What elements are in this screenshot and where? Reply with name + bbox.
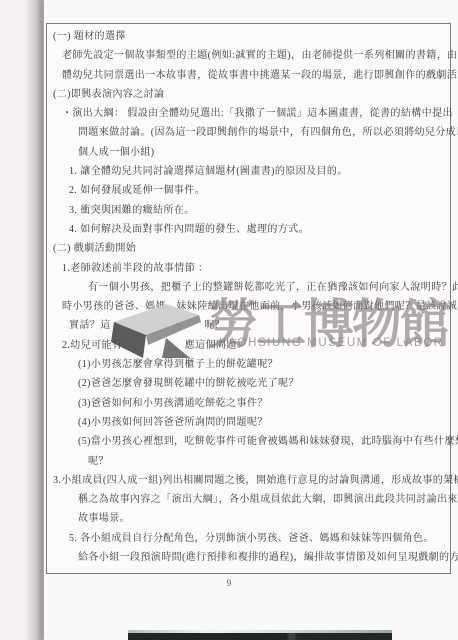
- page-number: 9: [0, 578, 458, 588]
- text-line: (1)小男孩怎麼會拿得到櫃子上的餅乾罐呢？: [78, 355, 445, 374]
- text-line: 1.老師敘述前半段的故事情節 ：: [62, 259, 445, 278]
- text-line: (3)爸爸如何和小男孩溝通吃餅乾之事件？: [78, 394, 445, 413]
- text-line: 有一個小男孩，把櫃子上的整罐餅乾都吃光了，正在猶豫該如何向家人說明時？此: [88, 278, 445, 297]
- text-line: 2. 如何發展或延伸一個事件。: [69, 181, 445, 200]
- text-line: 個人成一個小組): [78, 143, 445, 162]
- text-line: 問題來做討論。(因為這一段即興創作的場景中，有四個角色，所以必須將幼兒分成以四: [78, 123, 445, 142]
- text-line: 2.幼兒可能有 應這個問題：: [62, 336, 445, 355]
- text-line: 體幼兒共同票選出一本故事書，從故事書中挑選某一段的場景，進行即興創作的戲劇活動。: [62, 66, 445, 85]
- text-line: 稱之為故事內容之「演出大綱」，各小組成員依此大綱，即興演出此段共同討論出來的: [78, 490, 445, 509]
- text-line: 呢？: [88, 452, 445, 471]
- text-line: (二) 戲劇活動開始: [53, 239, 445, 258]
- next-page-scan-edge: [128, 630, 392, 640]
- text-line: 故事場景。: [78, 509, 445, 528]
- text-line: (2)爸爸怎麼會發現餅乾罐中的餅乾被吃光了呢？: [78, 374, 445, 393]
- text-line: ・演出大綱： 假設由全體幼兒選出:「我撒了一個謊」這本圖畫書，從書的結構中提出: [62, 104, 445, 123]
- text-line: 5. 各小組成員自行分配角色，分別飾演小男孩、爸爸、媽媽和妹妹等四個角色。: [69, 529, 445, 548]
- scan-edge-dark-strip: [128, 633, 392, 640]
- text-line: 實話？這 方 呢？: [69, 316, 445, 335]
- content-frame-border: (一) 題材的選擇老師先設定一個故事類型的主題(例如:誠實的主題)，由老師提供一…: [46, 23, 451, 574]
- text-line: 3.小組成員(四人成一組)列出相關問題之後，開始進行意見的討論與溝通，形成故事的…: [53, 471, 445, 490]
- text-line: (二)即興表演內容之討論: [53, 85, 445, 104]
- text-line: 給各小組一段預演時間(進行預排和複排的過程)，編排故事情節及如何呈現戲劇的方式。: [78, 548, 445, 567]
- text-line: 3. 衝突與困難的癥結所在。: [69, 201, 445, 220]
- text-line: (4)小男孩如何回答爸爸所詢問的問題呢？: [78, 413, 445, 432]
- text-line: 4. 如何解決及面對事件內問題的發生、處理的方式。: [69, 220, 445, 239]
- document-lines: (一) 題材的選擇老師先設定一個故事類型的主題(例如:誠實的主題)，由老師提供一…: [51, 27, 445, 567]
- text-line: 1. 讓全體幼兒共同討論選擇這個題材(圖畫書)的原因及目的。: [69, 162, 445, 181]
- text-line: 老師先設定一個故事類型的主題(例如:誠實的主題)，由老師提供一系列相關的書籍，由…: [62, 46, 445, 65]
- text-line: 時小男孩的爸爸、媽媽、妹妹陸續出現在他面前，小男孩該如何面對他們呢？是該說誠: [62, 297, 445, 316]
- text-line: (一) 題材的選擇: [53, 27, 445, 46]
- text-line: (5)當小男孩心裡想到，吃餅乾事件可能會被媽媽和妹妹發現，此時腦海中有些什麼想法: [78, 432, 445, 451]
